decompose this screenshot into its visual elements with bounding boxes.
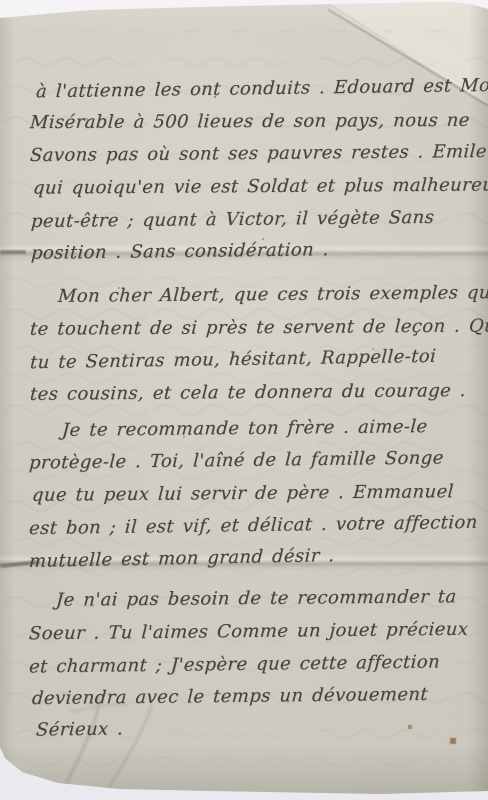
scanned-letter-photo: à l'attienne les ont conduits . Edouard …	[0, 0, 488, 800]
foxing-spots	[0, 0, 2, 2]
letter-page: à l'attienne les ont conduits . Edouard …	[0, 0, 488, 800]
paper-edge-shading	[0, 0, 488, 800]
